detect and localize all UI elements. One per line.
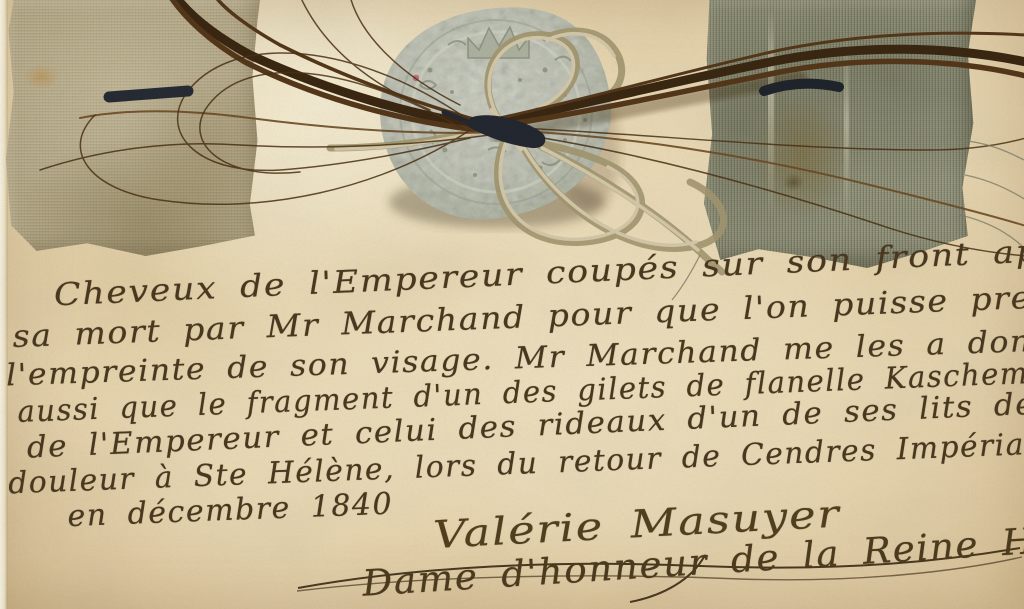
handwritten-note: Cheveux de l'Empereur coupés sur son fro… — [0, 0, 1024, 609]
relic-document-photo: Cheveux de l'Empereur coupés sur son fro… — [0, 0, 1024, 609]
